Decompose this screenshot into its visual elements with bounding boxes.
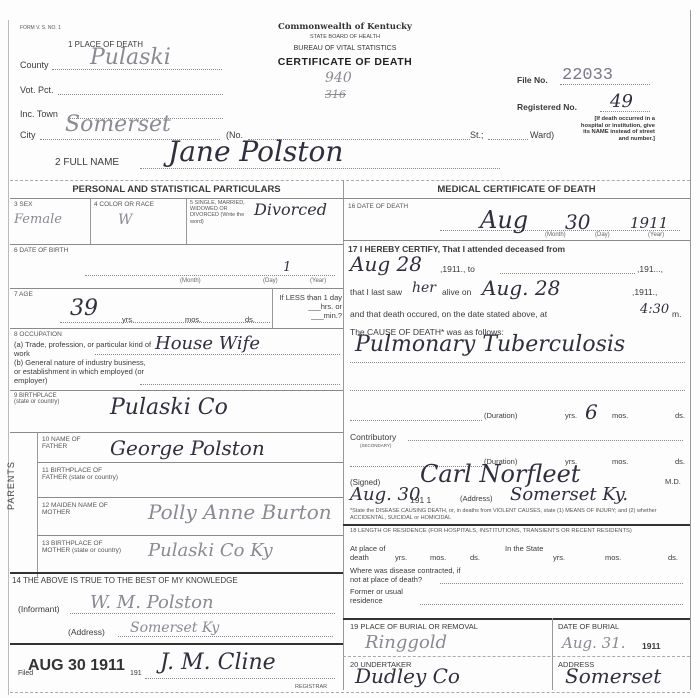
parents-label: PARENTS <box>6 461 16 510</box>
row-rule-7 <box>37 497 343 498</box>
dob-line <box>85 275 335 276</box>
age-less-divider <box>272 288 273 328</box>
dob-year-caption: (Year) <box>310 278 326 284</box>
sex-color-divider <box>90 198 91 244</box>
undertaker-value: Dudley Co <box>355 664 460 688</box>
vot-pct-line <box>58 94 223 95</box>
divider-bottom <box>10 692 690 693</box>
file-no-label: File No. <box>517 75 548 85</box>
birthplace-label: 9 BIRTHPLACE (state or country) <box>14 393 69 405</box>
last-saw-mid: alive on <box>442 287 471 297</box>
father-name-label: 10 NAME OF FATHER <box>42 436 102 450</box>
contracted-line <box>440 583 683 584</box>
age-ds-label: ds. <box>245 316 255 325</box>
signed-year: 191 1 <box>410 495 431 505</box>
date-of-death-label: 16 DATE OF DEATH <box>348 204 408 210</box>
age-mos-label: mos. <box>185 316 201 325</box>
certificate-title: CERTIFICATE OF DEATH <box>245 56 445 68</box>
registered-no-label: Registered No. <box>517 102 577 112</box>
row-rule-1 <box>10 244 343 245</box>
row-rule-6 <box>37 462 343 463</box>
dob-label: 6 DATE OF BIRTH <box>14 248 68 254</box>
registrar-line <box>145 678 335 679</box>
death-year-caption: (Year) <box>648 232 664 238</box>
margin-note-1: 940 <box>325 70 352 86</box>
row-rule-4 <box>10 390 343 391</box>
res-state-ds: ds. <box>668 554 678 563</box>
cause-value: Pulmonary Tuberculosis <box>355 332 625 357</box>
filed-suffix: 191 <box>130 670 142 677</box>
res-state-mos: mos. <box>605 554 621 563</box>
last-saw-pre: that I last saw <box>350 287 402 297</box>
registrar-signature: J. M. Cline <box>160 650 276 675</box>
former-residence-label: Former or usual residence <box>350 588 420 605</box>
burial-place-label: 19 PLACE OF BURIAL OR REMOVAL <box>350 622 478 631</box>
informant-address-value: Somerset Ky <box>130 620 219 636</box>
row-rule-2 <box>10 288 343 289</box>
last-saw-date: Aug. 28 <box>482 276 560 300</box>
board-heading: STATE BOARD OF HEALTH <box>270 34 420 40</box>
medical-rule-2 <box>343 524 690 526</box>
dob-month-caption: (Month) <box>180 278 201 284</box>
row-rule-10 <box>10 643 343 645</box>
sex-label: 3 SEX <box>14 202 32 208</box>
registered-no-value: 49 <box>610 91 633 112</box>
duration-ds-2: ds. <box>675 458 685 467</box>
margin-note-2: 316 <box>325 88 346 101</box>
residence-label: 18 LENGTH OF RESIDENCE (FOR HOSPITALS, I… <box>350 528 690 535</box>
pronoun: her <box>412 280 436 296</box>
dob-day-caption: (Day) <box>263 278 278 284</box>
registrar-label: REGISTRAR <box>295 684 327 690</box>
duration-ds-1: ds. <box>675 412 685 421</box>
sex-value: Female <box>14 212 62 227</box>
cause-line-1 <box>350 362 685 363</box>
personal-title-rule <box>10 198 343 199</box>
undertaker-address-value: Somerset <box>565 664 661 688</box>
mother-name-label: 12 MAIDEN NAME OF MOTHER <box>42 502 122 516</box>
occupation-label: 8 OCCUPATION <box>14 332 62 338</box>
divider-top <box>10 180 690 181</box>
attended-to-line <box>500 273 635 274</box>
attended-to-year: ,191..., <box>637 264 663 274</box>
inc-town-label: Inc. Town <box>20 109 58 119</box>
informant-address-line <box>118 636 333 637</box>
commonwealth-heading: Commonwealth of Kentucky <box>270 22 420 32</box>
duration-mos-value: 6 <box>585 400 598 424</box>
filed-stamp: AUG 30 1911 <box>28 657 125 675</box>
medical-section-title: MEDICAL CERTIFICATE OF DEATH <box>343 184 690 195</box>
full-name-value: Jane Polston <box>168 135 343 168</box>
informant-line <box>70 613 335 614</box>
occupation-value: House Wife <box>155 333 260 354</box>
row-rule-9 <box>10 572 343 574</box>
burial-place-value: Ringgold <box>365 632 447 653</box>
county-value: Pulaski <box>90 45 171 70</box>
physician-address-value: Somerset Ky. <box>510 484 628 505</box>
informant-address-label: (Address) <box>68 627 105 637</box>
page-right-edge <box>690 10 691 690</box>
color-marital-divider <box>186 198 187 244</box>
duration-label-1: (Duration) <box>484 412 517 421</box>
burial-year: 1911 <box>642 641 660 651</box>
death-day-caption: (Day) <box>595 232 610 238</box>
file-no-value: 22033 <box>562 66 613 85</box>
occupation-a-label: (a) Trade, profession, or particular kin… <box>14 340 154 358</box>
burial-date-value: Aug. 31. <box>562 634 626 652</box>
medical-rule-3 <box>343 618 690 620</box>
center-divider <box>343 180 344 690</box>
father-birthplace-label: 11 BIRTHPLACE OF FATHER (state or countr… <box>42 467 122 481</box>
full-name-line <box>140 168 500 169</box>
cause-footnote: *State the DISEASE CAUSING DEATH, or, in… <box>350 508 690 521</box>
bureau-heading: BUREAU OF VITAL STATISTICS <box>255 45 435 52</box>
res-place-ds: ds. <box>470 554 480 563</box>
registered-no-line <box>600 111 650 112</box>
street-label: St.; <box>470 130 484 140</box>
contributory-label: Contributory <box>350 432 396 442</box>
marital-value: Divorced <box>254 200 327 219</box>
birthplace-value: Pulaski Co <box>110 395 228 420</box>
duration-yrs-1: yrs. <box>565 412 577 421</box>
medical-title-rule <box>343 198 690 199</box>
father-name-value: George Polston <box>110 436 265 460</box>
res-place-yrs: yrs. <box>395 554 407 563</box>
city-label: City <box>20 130 36 140</box>
burial-date-label: DATE OF BURIAL <box>558 622 619 631</box>
city-value: Somerset <box>65 112 171 137</box>
full-name-label: 2 FULL NAME <box>55 157 119 168</box>
death-time-suffix: m. <box>672 309 681 319</box>
death-time: 4:30 <box>640 302 669 317</box>
medical-rule-4 <box>343 656 690 657</box>
death-month-caption: (Month) <box>545 232 566 238</box>
parents-divider <box>37 432 38 577</box>
contracted-label: Where was disease contracted, if not at … <box>350 567 470 584</box>
informant-statement: 14 THE ABOVE IS TRUE TO THE BEST OF MY K… <box>12 576 238 585</box>
duration-mos-2: mos. <box>612 458 628 467</box>
attended-from: Aug 28 <box>350 252 422 276</box>
age-label: 7 AGE <box>14 292 33 298</box>
informant-value: W. M. Polston <box>90 592 214 613</box>
row-rule-3 <box>10 328 343 329</box>
in-state-label: In the State <box>505 545 545 554</box>
personal-section-title: PERSONAL AND STATISTICAL PARTICULARS <box>10 184 343 195</box>
vot-pct-label: Vot. Pct. <box>20 85 54 95</box>
color-value: W <box>118 212 132 228</box>
mother-birthplace-label: 13 BIRTHPLACE OF MOTHER (state or countr… <box>42 540 122 554</box>
last-saw-year: ,1911., <box>632 287 657 297</box>
death-month: Aug <box>480 206 528 234</box>
ward-label: Ward) <box>530 130 554 140</box>
hospital-note: [If death occurred in a hospital or inst… <box>580 116 655 142</box>
marital-label: 5 SINGLE, MARRIED, WIDOWED OR DIVORCED (… <box>190 200 250 225</box>
informant-label: (Informant) <box>18 604 60 614</box>
occurred-text: and that death occured, on the date stat… <box>350 309 547 319</box>
secondary-caption: (SECONDARY) <box>360 443 391 449</box>
occupation-b-label: (b) General nature of industry business,… <box>14 358 154 385</box>
color-label: 4 COLOR OR RACE <box>94 202 154 208</box>
death-year: 1911 <box>630 214 668 232</box>
contributory-line <box>408 440 683 441</box>
mother-birthplace-value: Pulaski Co Ky <box>148 540 273 561</box>
occupation-line-a <box>95 354 340 355</box>
county-label: County <box>20 60 49 70</box>
burial-divider <box>552 618 553 690</box>
res-place-mos: mos. <box>430 554 446 563</box>
attended-from-year: ,1911., to <box>440 264 475 274</box>
form-number: FORM V. S. NO. 1 <box>20 25 61 31</box>
file-no-line <box>560 84 650 85</box>
cause-line-2 <box>350 390 685 391</box>
medical-rule-1 <box>343 240 690 241</box>
page-left-edge <box>8 20 9 695</box>
age-yrs-label: yrs. <box>122 316 134 325</box>
former-residence-line <box>420 604 683 605</box>
md-label: M.D. <box>665 478 681 487</box>
occupation-line-b <box>140 384 340 385</box>
row-rule-5 <box>10 432 343 433</box>
duration-line-1 <box>350 420 482 421</box>
physician-address-label: (Address) <box>460 495 493 504</box>
ward-line <box>488 139 528 140</box>
death-day: 30 <box>565 210 590 234</box>
res-state-yrs: yrs. <box>553 554 565 563</box>
duration-mos-1: mos. <box>612 412 628 421</box>
row-rule-8 <box>37 535 343 536</box>
age-value: 39 <box>70 296 98 321</box>
age-line <box>60 322 270 323</box>
dob-year-value: 1 <box>283 260 291 275</box>
less-than-day-label: If LESS than 1 day ___hrs. or ___min.? <box>276 293 342 320</box>
mother-name-value: Polly Anne Burton <box>148 500 332 524</box>
